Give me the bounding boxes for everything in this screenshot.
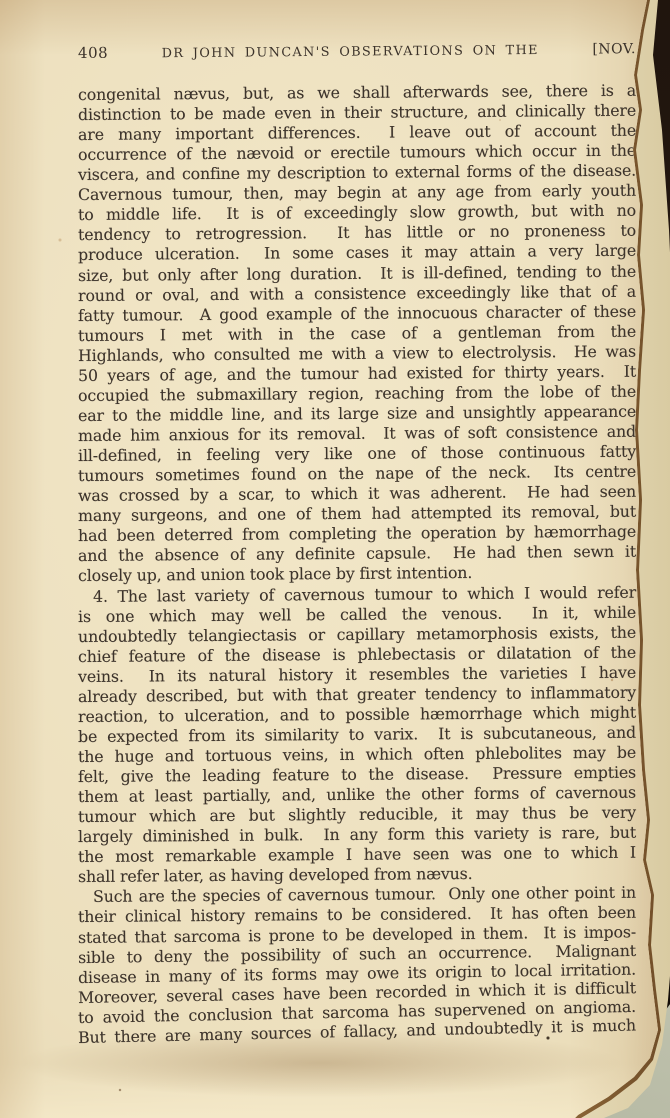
page-paper: 408 DR JOHN DUNCAN'S OBSERVATIONS ON THE… (0, 0, 670, 1118)
issue-label: [NOV. (592, 41, 636, 57)
page-torn-edge: 408 DR JOHN DUNCAN'S OBSERVATIONS ON THE… (0, 0, 670, 1118)
page-content: 408 DR JOHN DUNCAN'S OBSERVATIONS ON THE… (0, 0, 670, 1118)
scanned-book-page: 408 DR JOHN DUNCAN'S OBSERVATIONS ON THE… (0, 0, 670, 1118)
page-number: 408 (78, 44, 108, 62)
page-header: 408 DR JOHN DUNCAN'S OBSERVATIONS ON THE… (78, 39, 636, 62)
running-title: DR JOHN DUNCAN'S OBSERVATIONS ON THE (162, 43, 539, 61)
